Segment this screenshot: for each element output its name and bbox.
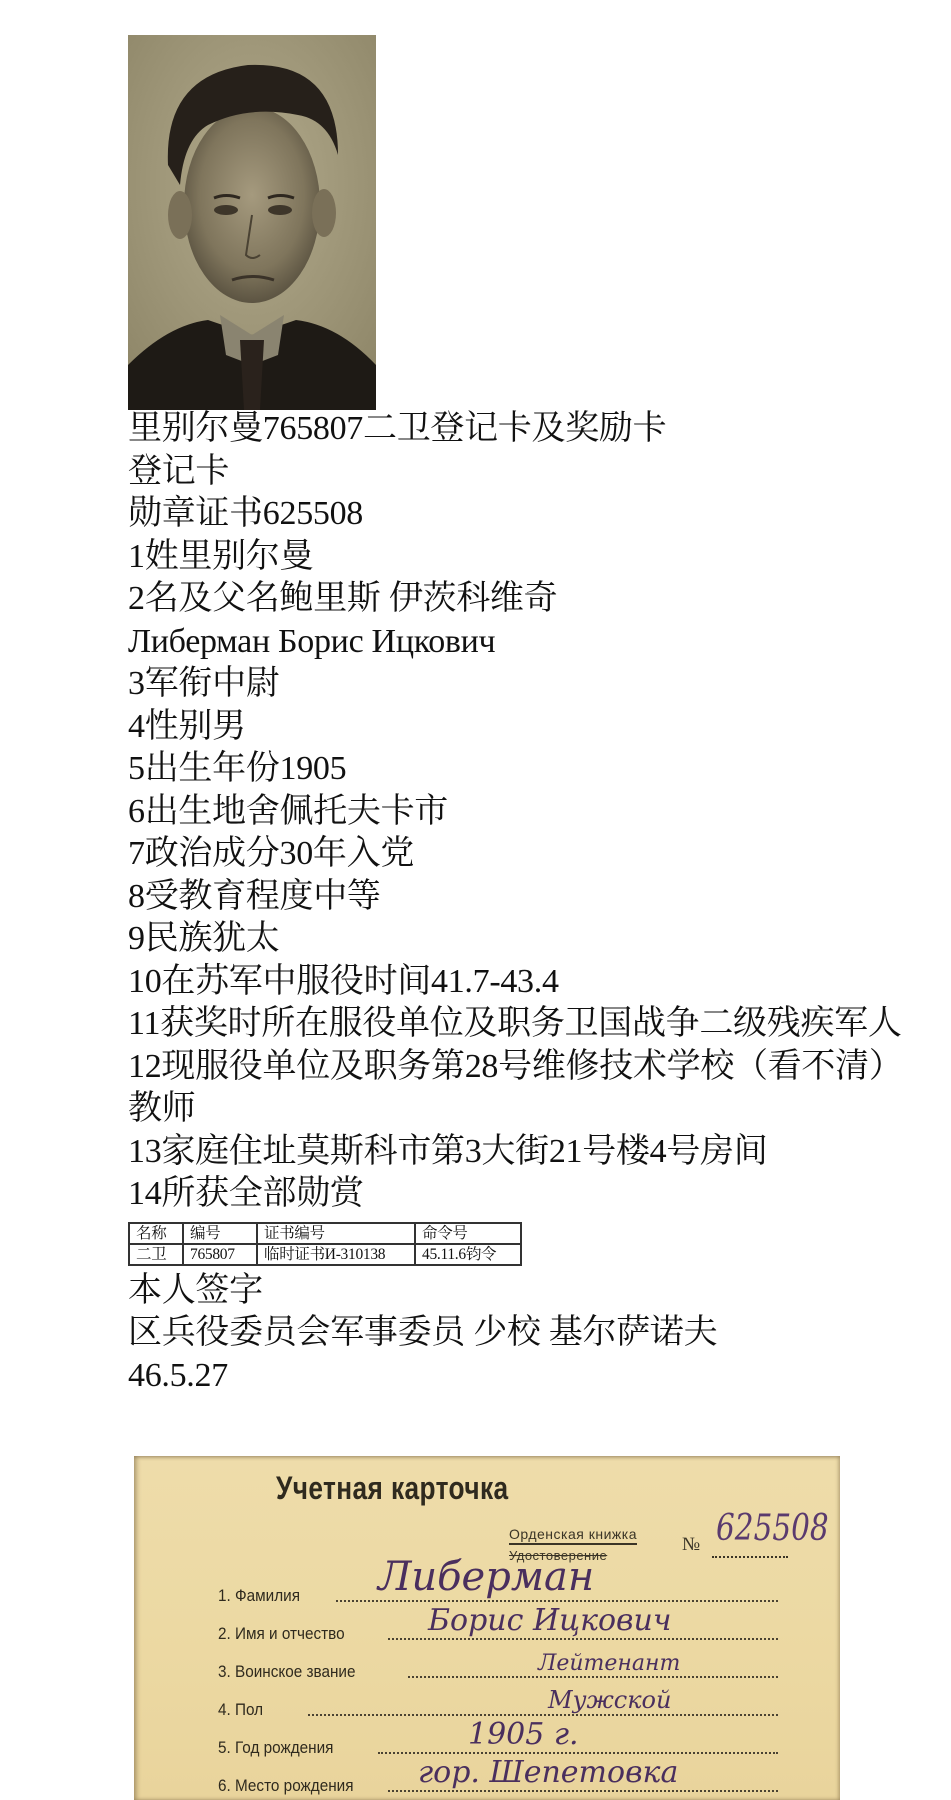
field-row: 10在苏军中服役时间41.7-43.4 bbox=[128, 961, 928, 1004]
signature-label: 本人签字 bbox=[128, 1270, 928, 1313]
card-title: Учетная карточка bbox=[276, 1470, 509, 1507]
portrait-image-icon bbox=[128, 35, 376, 410]
awards-table: 名称 编号 证书编号 命令号 二卫 765807 临时证书И-310138 45… bbox=[128, 1222, 522, 1266]
card-type: 登记卡 bbox=[128, 451, 928, 494]
field-row: 2名及父名鲍里斯 伊茨科维奇 bbox=[128, 578, 928, 621]
handwritten-value: Борис Ицкович bbox=[428, 1603, 672, 1638]
field-row: 9民族犹太 bbox=[128, 918, 928, 961]
field-row: 4性别男 bbox=[128, 706, 928, 749]
russian-name: Либерман Борис Ицкович bbox=[128, 621, 928, 664]
handwritten-value: Мужской bbox=[548, 1686, 671, 1714]
table-cell: 二卫 bbox=[129, 1244, 183, 1265]
portrait-photo bbox=[128, 35, 376, 410]
handwritten-number: 625508 bbox=[716, 1508, 829, 1549]
number-sign: № bbox=[682, 1534, 700, 1556]
field-row: 3军衔中尉 bbox=[128, 663, 928, 706]
document-title: 里别尔曼765807二卫登记卡及奖励卡 bbox=[128, 408, 928, 451]
handwritten-value: гор. Шепетовка bbox=[418, 1755, 678, 1790]
field-row: 14所获全部勋赏 bbox=[128, 1173, 928, 1216]
field-row: 1姓里别尔曼 bbox=[128, 536, 928, 579]
scanned-registration-card: Учетная карточка Орденская книжка Удосто… bbox=[134, 1456, 840, 1800]
translation-text: 里别尔曼765807二卫登记卡及奖励卡 登记卡 勋章证书625508 1姓里别尔… bbox=[128, 408, 928, 1397]
scan-field-birth-year: 5. Год рождения 1905 г. bbox=[218, 1720, 778, 1758]
number-line bbox=[712, 1556, 788, 1558]
table-cell: 临时证书И-310138 bbox=[257, 1244, 415, 1265]
field-row: 5出生年份1905 bbox=[128, 748, 928, 791]
scan-field-sex: 4. Пол Мужской bbox=[218, 1682, 778, 1720]
document-date: 46.5.27 bbox=[128, 1355, 928, 1398]
field-row: 6出生地舍佩托夫卡市 bbox=[128, 791, 928, 834]
header-cell: 编号 bbox=[183, 1223, 257, 1244]
field-row: 11获奖时所在服役单位及职务卫国战争二级残疾军人 bbox=[128, 1003, 928, 1046]
table-cell: 765807 bbox=[183, 1244, 257, 1265]
header-cell: 命令号 bbox=[415, 1223, 521, 1244]
table-cell: 45.11.6钧令 bbox=[415, 1244, 521, 1265]
scan-field-birthplace: 6. Место рождения гор. Шепетовка bbox=[218, 1758, 778, 1796]
field-row: 8受教育程度中等 bbox=[128, 876, 928, 919]
header-cell: 证书编号 bbox=[257, 1223, 415, 1244]
header-cell: 名称 bbox=[129, 1223, 183, 1244]
awards-header-row: 名称 编号 证书编号 命令号 bbox=[129, 1223, 521, 1244]
field-row: 12现服役单位及职务第28号维修技术学校（看不清）教师 bbox=[128, 1046, 928, 1131]
field-row: 7政治成分30年入党 bbox=[128, 833, 928, 876]
table-row: 二卫 765807 临时证书И-310138 45.11.6钧令 bbox=[129, 1244, 521, 1265]
order-book-label: Орденская книжка bbox=[509, 1526, 637, 1545]
commissar-line: 区兵役委员会军事委员 少校 基尔萨诺夫 bbox=[128, 1312, 928, 1355]
handwritten-value: Лейтенант bbox=[538, 1651, 680, 1676]
medal-book-number: 勋章证书625508 bbox=[128, 493, 928, 536]
field-row: 13家庭住址莫斯科市第3大街21号楼4号房间 bbox=[128, 1131, 928, 1174]
handwritten-value: Либерман bbox=[378, 1554, 594, 1600]
scan-field-name: 2. Имя и отчество Борис Ицкович bbox=[218, 1606, 778, 1644]
scan-field-rank: 3. Воинское звание Лейтенант bbox=[218, 1644, 778, 1682]
handwritten-value: 1905 г. bbox=[468, 1717, 579, 1752]
scan-field-surname: 1. Фамилия Либерман bbox=[218, 1568, 778, 1606]
